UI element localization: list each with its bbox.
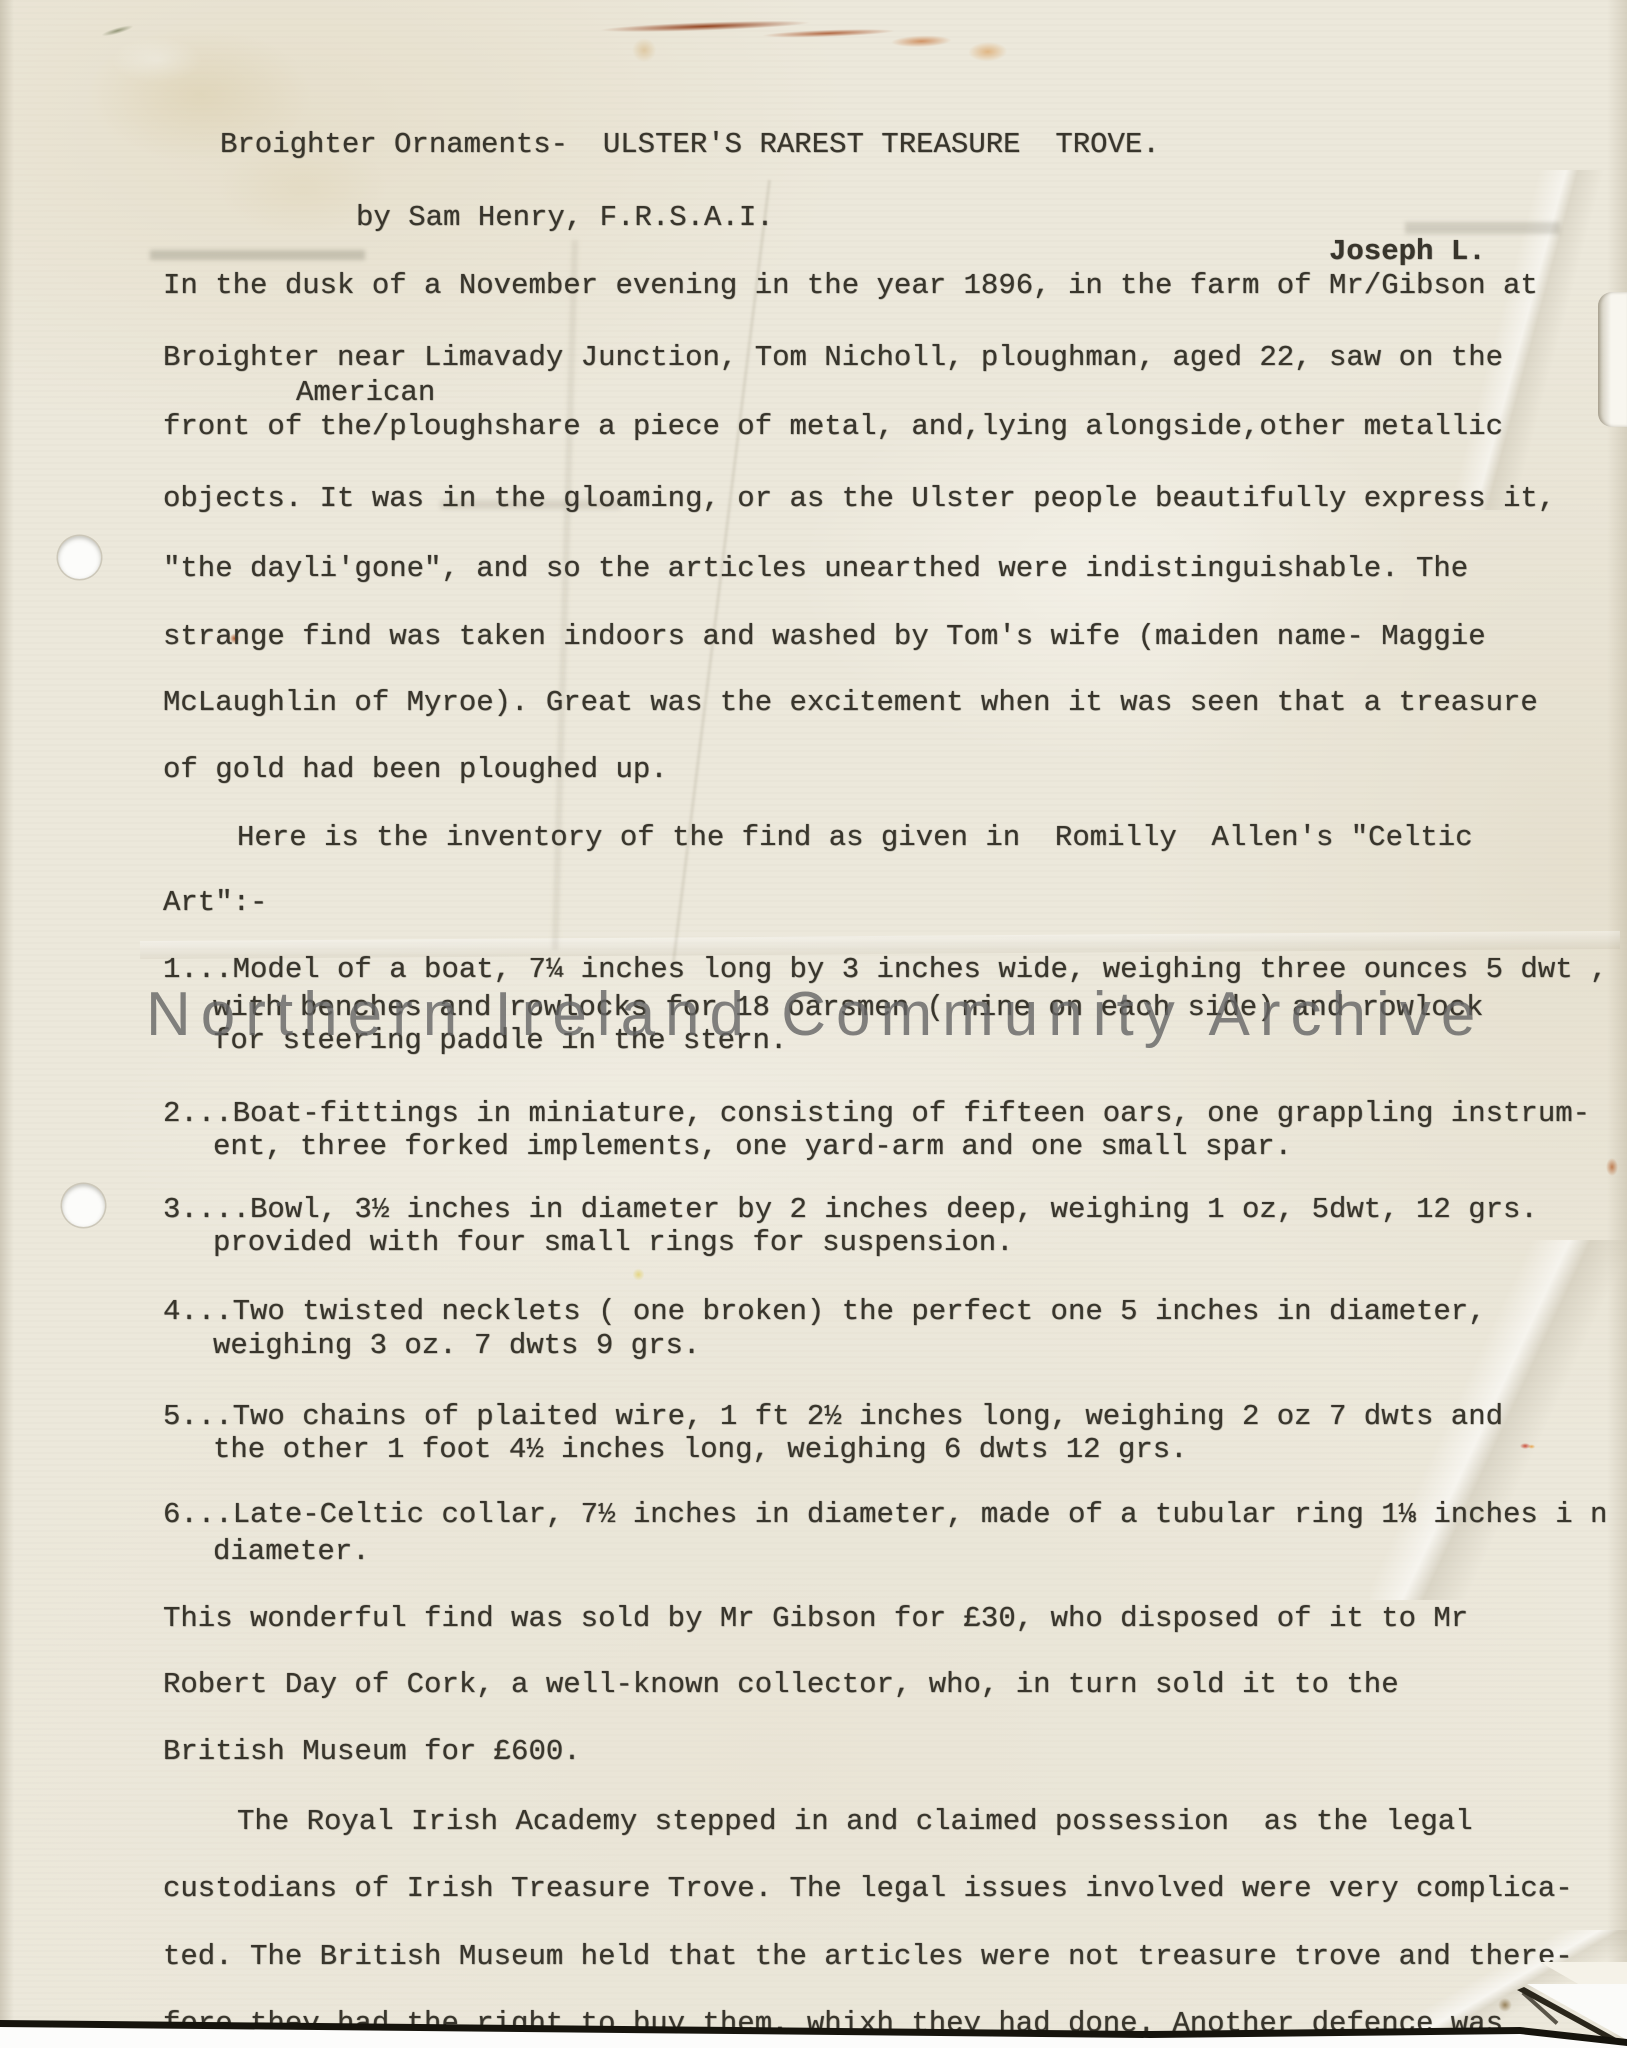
paragraph4-line3: ted. The British Museum held that the ar…	[163, 1942, 1573, 1972]
rust-speck-mid-right	[1518, 1440, 1536, 1452]
paragraph1-line3: front of the/ploughshare a piece of meta…	[163, 412, 1503, 442]
erased-text-smudge	[150, 250, 365, 260]
paragraph3-line2: Robert Day of Cork, a well-known collect…	[163, 1670, 1399, 1700]
yellow-speck	[633, 1268, 644, 1281]
inventory-item6-line1: 6...Late-Celtic collar, 7½ inches in dia…	[163, 1500, 1607, 1530]
rust-stain-top	[599, 0, 1042, 88]
crease-right-upper	[1420, 170, 1627, 510]
inventory-item6-line2: diameter.	[213, 1537, 370, 1567]
inventory-item5-line2: the other 1 foot 4½ inches long, weighin…	[213, 1435, 1188, 1465]
paragraph1-line7: McLaughlin of Myroe). Great was the exci…	[163, 688, 1538, 718]
paragraph4-line1: The Royal Irish Academy stepped in and c…	[237, 1807, 1473, 1837]
paper-left-edge-shading	[0, 0, 14, 2048]
inventory-item4-line2: weighing 3 oz. 7 dwts 9 grs.	[213, 1331, 700, 1361]
paragraph3-line1: This wonderful find was sold by Mr Gibso…	[163, 1604, 1468, 1634]
paragraph1-line1: In the dusk of a November evening in the…	[163, 271, 1538, 301]
hole-punch-upper	[58, 536, 101, 579]
document-title: Broighter Ornaments- ULSTER'S RAREST TRE…	[220, 130, 1160, 160]
margin-annotation: Joseph L.	[1329, 237, 1486, 267]
inventory-intro-line2: Art":-	[163, 888, 267, 918]
inventory-item2-line2: ent, three forked implements, one yard-a…	[213, 1132, 1292, 1162]
scanned-typewritten-document: Broighter Ornaments- ULSTER'S RAREST TRE…	[0, 0, 1627, 2048]
byline: by Sam Henry, F.R.S.A.I.	[356, 203, 774, 233]
paragraph1-line5: "the dayli'gone", and so the articles un…	[163, 554, 1468, 584]
archive-watermark: Northern Ireland Community Archive	[146, 984, 1485, 1046]
inventory-item3-line2: provided with four small rings for suspe…	[213, 1228, 1014, 1258]
paragraph4-line2: custodians of Irish Treasure Trove. The …	[163, 1874, 1573, 1904]
inventory-intro-line1: Here is the inventory of the find as giv…	[237, 823, 1473, 853]
inserted-correction-word: American	[296, 378, 435, 408]
inventory-item5-line1: 5...Two chains of plaited wire, 1 ft 2½ …	[163, 1402, 1503, 1432]
paragraph1-line6: strange find was taken indoors and washe…	[163, 622, 1486, 652]
hole-punch-lower	[62, 1184, 105, 1227]
paragraph3-line3: British Museum for £600.	[163, 1737, 581, 1767]
faint-smudge-right	[1405, 222, 1560, 234]
paragraph1-line4: objects. It was in the gloaming, or as t…	[163, 484, 1555, 514]
paragraph1-line8: of gold had been ploughed up.	[163, 755, 668, 785]
paper-right-edge-shading	[1607, 0, 1627, 2048]
inventory-item3-line1: 3....Bowl, 3½ inches in diameter by 2 in…	[163, 1195, 1538, 1225]
green-mark-top-left	[93, 15, 147, 45]
inventory-item4-line1: 4...Two twisted necklets ( one broken) t…	[163, 1297, 1486, 1327]
paragraph1-line2: Broighter near Limavady Junction, Tom Ni…	[163, 343, 1503, 373]
inventory-item2-line1: 2...Boat-fittings in miniature, consisti…	[163, 1099, 1590, 1129]
